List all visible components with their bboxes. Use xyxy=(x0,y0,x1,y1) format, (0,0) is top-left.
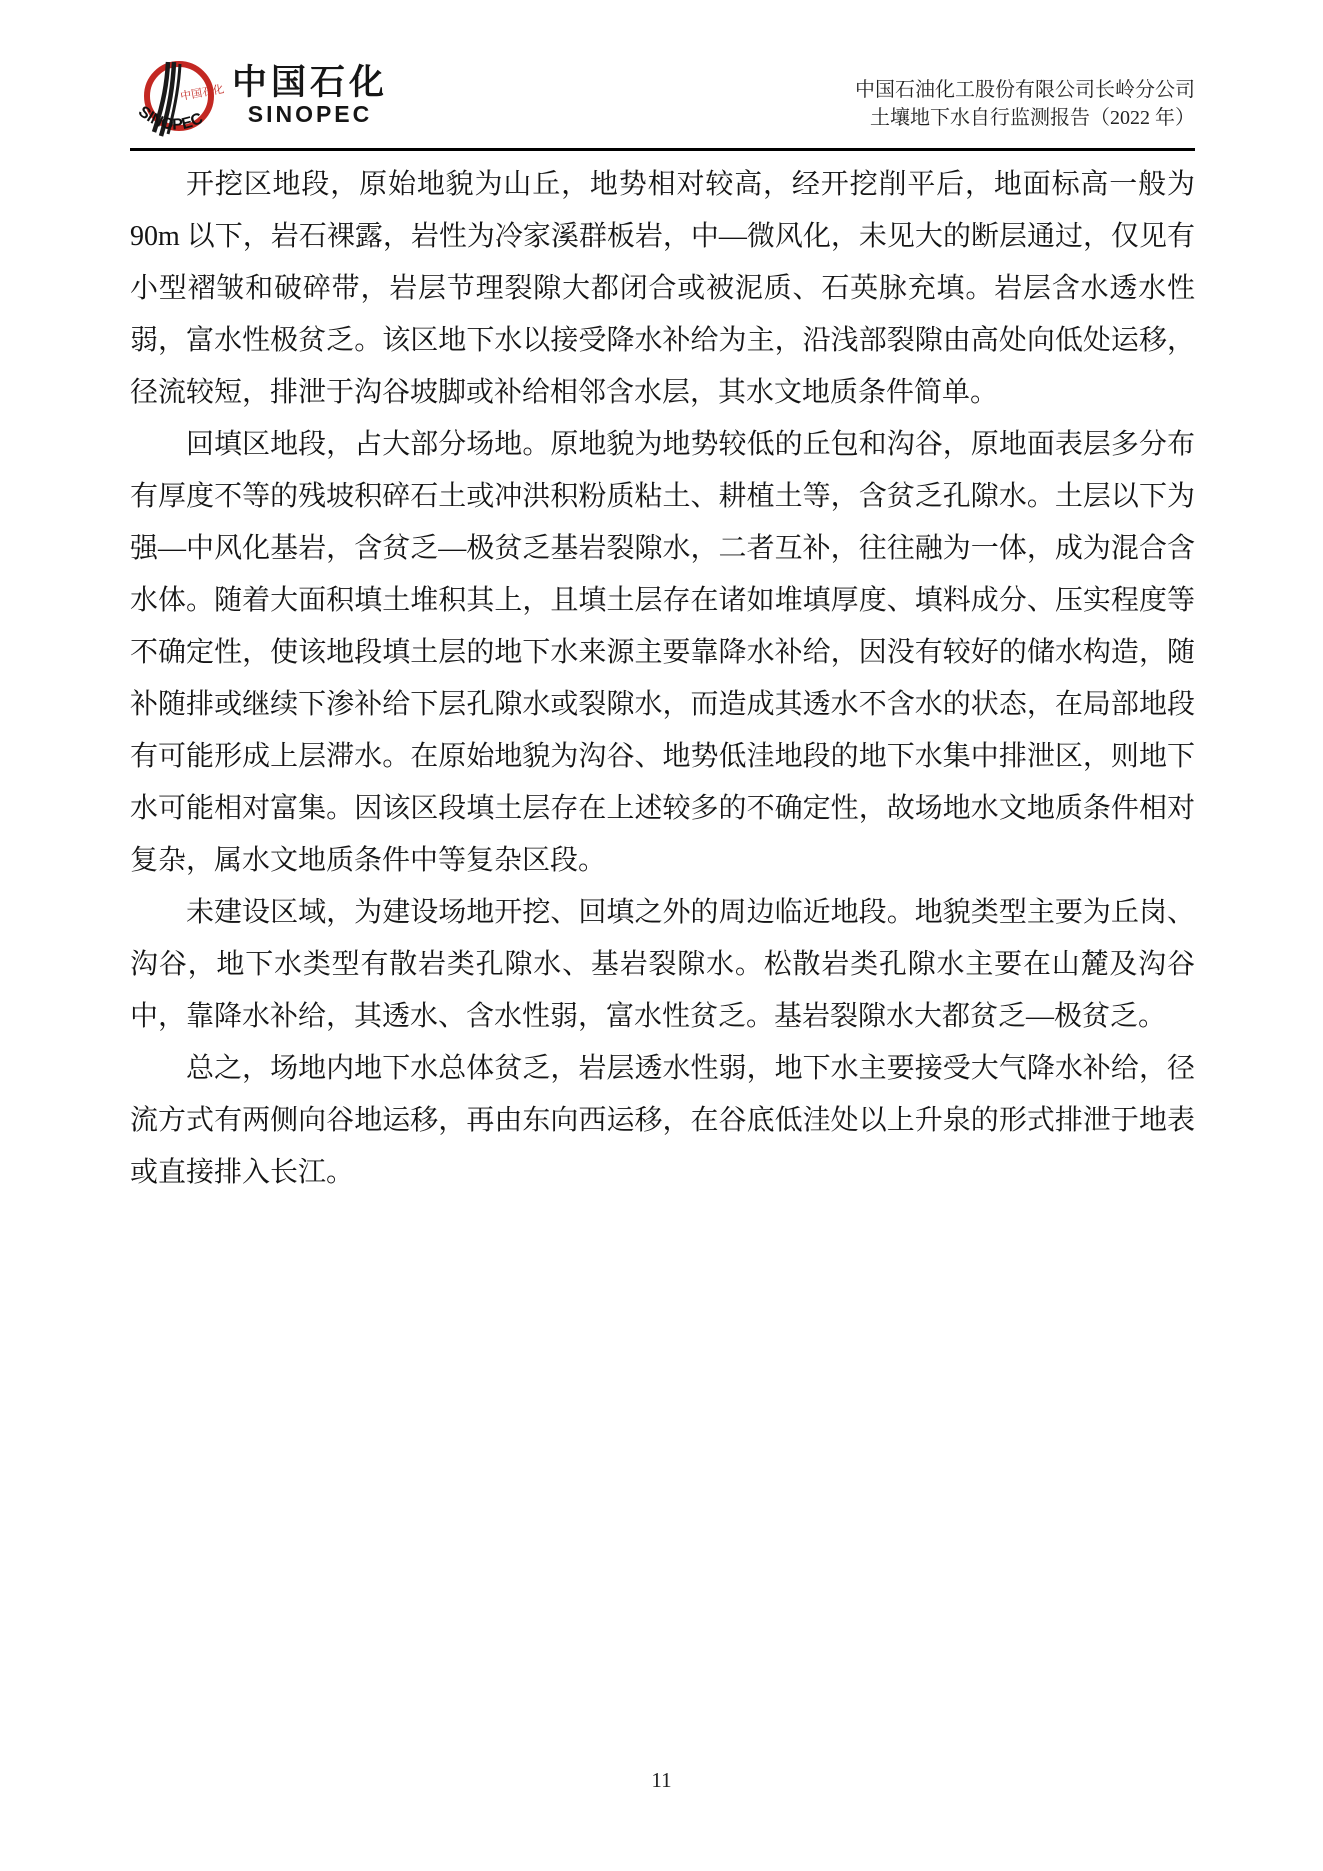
paragraph-backfill-zone: 回填区地段，占大部分场地。原地貌为地势较低的丘包和沟谷，原地面表层多分布有厚度不… xyxy=(130,419,1195,887)
paragraph-excavation-zone: 开挖区地段，原始地貌为山丘，地势相对较高，经开挖削平后，地面标高一般为90m 以… xyxy=(130,159,1195,419)
paragraph-summary: 总之，场地内地下水总体贫乏，岩层透水性弱，地下水主要接受大气降水补给，径流方式有… xyxy=(130,1043,1195,1199)
svg-text:SINOPEC: SINOPEC xyxy=(135,103,206,134)
sinopec-logo-icon: 中国石化 SINOPEC xyxy=(130,56,224,142)
brand-wordmark: 中国石化 SINOPEC xyxy=(232,65,388,133)
header-divider xyxy=(130,148,1195,151)
brand-name-cn: 中国石化 xyxy=(232,65,388,101)
page-header: 中国石化 SINOPEC 中国石化 SINOPEC 中国石油化工股份有限公司长岭… xyxy=(130,56,1195,142)
emblem-arc-text: SINOPEC xyxy=(135,103,206,134)
emblem-inner-text: 中国石化 xyxy=(179,82,224,103)
header-company-line: 中国石油化工股份有限公司长岭分公司 xyxy=(855,76,1195,104)
paragraph-unbuilt-zone: 未建设区域，为建设场地开挖、回填之外的周边临近地段。地貌类型主要为丘岗、沟谷，地… xyxy=(130,887,1195,1043)
page-number: 11 xyxy=(0,1768,1323,1793)
document-body: 开挖区地段，原始地貌为山丘，地势相对较高，经开挖削平后，地面标高一般为90m 以… xyxy=(130,159,1195,1199)
header-report-title: 中国石油化工股份有限公司长岭分公司 土壤地下水自行监测报告（2022 年） xyxy=(855,76,1195,142)
header-report-line: 土壤地下水自行监测报告（2022 年） xyxy=(855,104,1195,132)
sinopec-brand: 中国石化 SINOPEC 中国石化 SINOPEC xyxy=(130,56,388,142)
brand-name-en: SINOPEC xyxy=(248,102,373,127)
